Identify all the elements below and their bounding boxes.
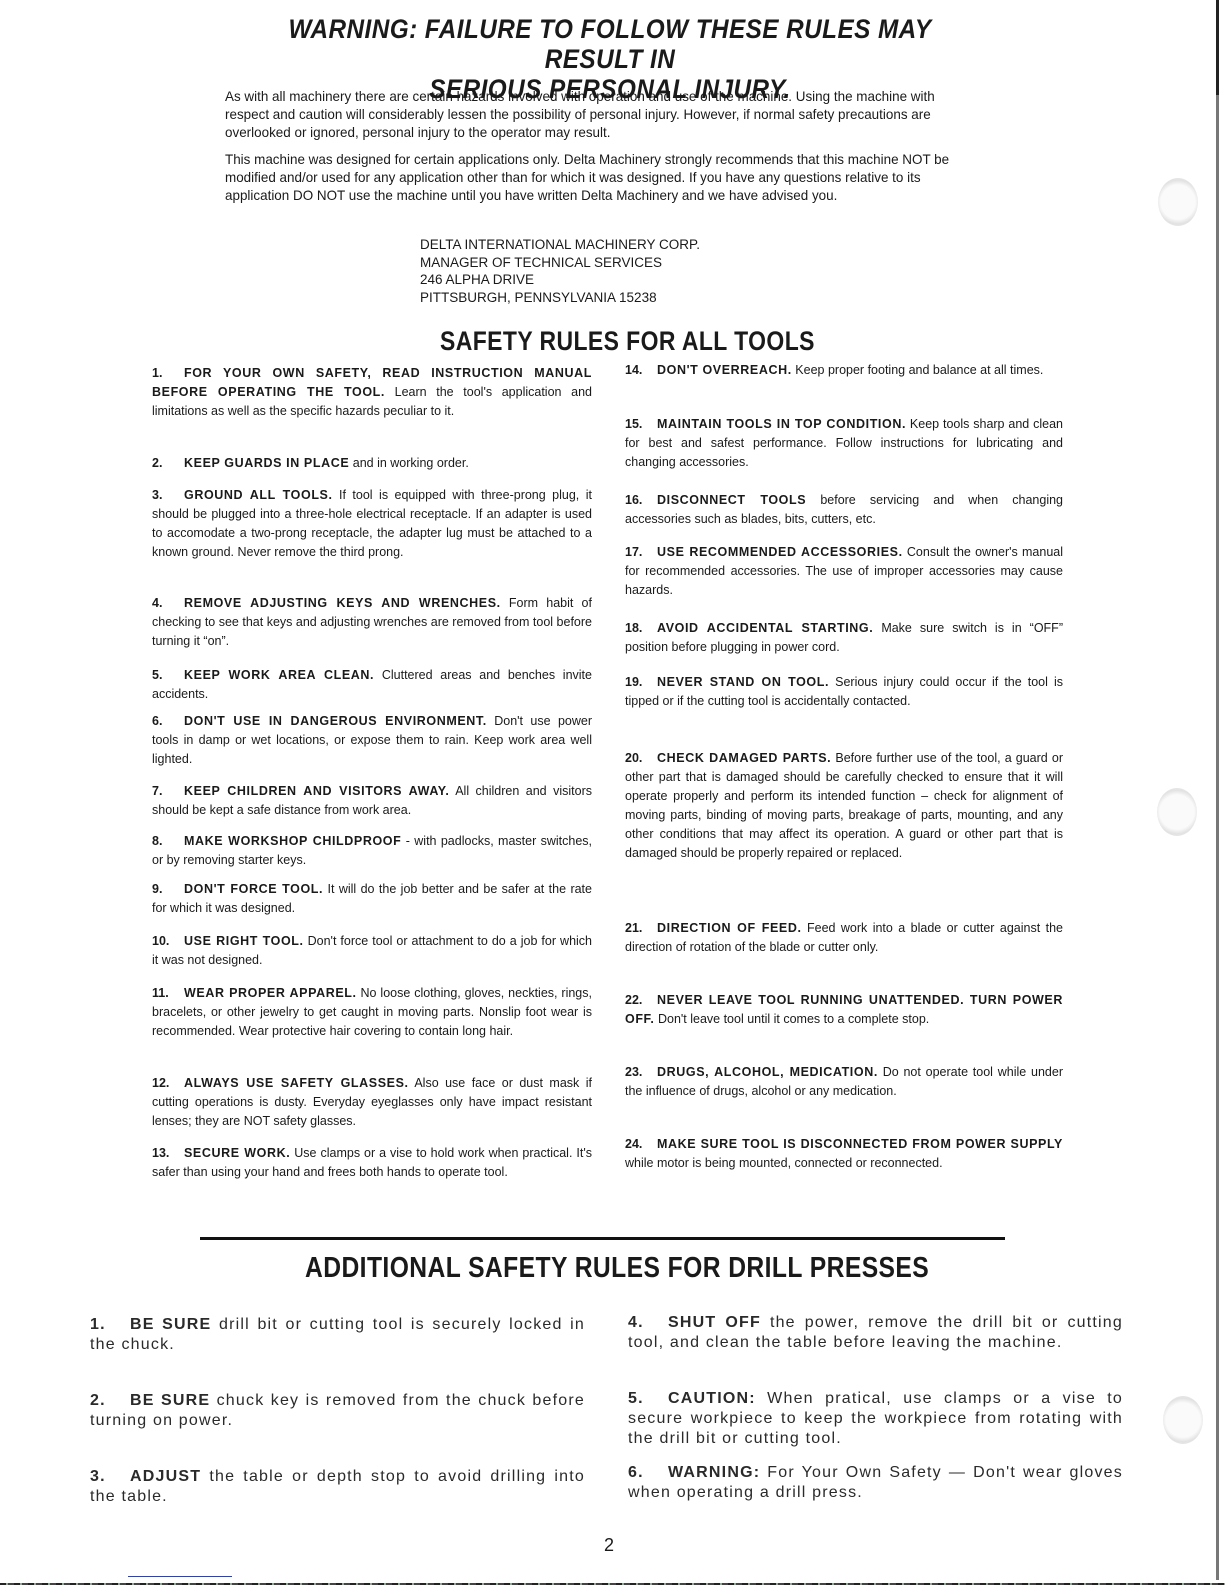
- rule-item: 4.REMOVE ADJUSTING KEYS AND WRENCHES. Fo…: [152, 594, 592, 651]
- rule-heading: GROUND ALL TOOLS.: [184, 488, 333, 502]
- rule-item: 2.BE SURE chuck key is removed from the …: [90, 1391, 585, 1431]
- rule-item: 17.USE RECOMMENDED ACCESSORIES. Consult …: [625, 543, 1063, 600]
- rule-number: 6.: [152, 712, 184, 731]
- link-underline: [128, 1576, 232, 1577]
- rule-number: 22.: [625, 991, 657, 1010]
- rule-number: 15.: [625, 415, 657, 434]
- rule-heading: MAINTAIN TOOLS IN TOP CONDITION.: [657, 417, 906, 431]
- address-line-2: MANAGER OF TECHNICAL SERVICES: [420, 254, 700, 272]
- rule-item: 13.SECURE WORK. Use clamps or a vise to …: [152, 1144, 592, 1182]
- rule-heading: REMOVE ADJUSTING KEYS AND WRENCHES.: [184, 596, 501, 610]
- rule-item: 2.KEEP GUARDS IN PLACE and in working or…: [152, 454, 592, 473]
- rule-item: 6.DON'T USE IN DANGEROUS ENVIRONMENT. Do…: [152, 712, 592, 769]
- rule-number: 7.: [152, 782, 184, 801]
- rule-number: 2.: [152, 454, 184, 473]
- rule-number: 4.: [628, 1313, 668, 1333]
- rule-heading: ALWAYS USE SAFETY GLASSES.: [184, 1076, 409, 1090]
- rule-item: 20.CHECK DAMAGED PARTS. Before further u…: [625, 749, 1063, 863]
- rule-heading: CHECK DAMAGED PARTS.: [657, 751, 831, 765]
- section-divider: [200, 1237, 1005, 1240]
- rule-heading: DRUGS, ALCOHOL, MEDICATION.: [657, 1065, 878, 1079]
- punch-hole-top: [1158, 178, 1198, 226]
- rule-body: while motor is being mounted, connected …: [625, 1156, 943, 1170]
- rule-body: Before further use of the tool, a guard …: [625, 751, 1063, 860]
- rule-item: 3.ADJUST the table or depth stop to avoi…: [90, 1467, 585, 1507]
- rule-number: 1.: [152, 364, 184, 383]
- rule-body: Don't leave tool until it comes to a com…: [658, 1012, 929, 1026]
- rule-item: 1.BE SURE drill bit or cutting tool is s…: [90, 1315, 585, 1355]
- rule-item: 15.MAINTAIN TOOLS IN TOP CONDITION. Keep…: [625, 415, 1063, 472]
- rule-item: 8.MAKE WORKSHOP CHILDPROOF - with padloc…: [152, 832, 592, 870]
- rule-number: 11.: [152, 984, 184, 1003]
- rule-number: 13.: [152, 1144, 184, 1163]
- rule-heading: SHUT OFF: [668, 1314, 761, 1331]
- rule-number: 14.: [625, 361, 657, 380]
- rule-heading: DIRECTION OF FEED.: [657, 921, 802, 935]
- rule-body: Keep proper footing and balance at all t…: [795, 363, 1043, 377]
- rule-heading: USE RIGHT TOOL.: [184, 934, 304, 948]
- address-line-1: DELTA INTERNATIONAL MACHINERY CORP.: [420, 236, 700, 254]
- rule-heading: NEVER STAND ON TOOL.: [657, 675, 829, 689]
- rule-item: 19.NEVER STAND ON TOOL. Serious injury c…: [625, 673, 1063, 711]
- rule-item: 16.DISCONNECT TOOLS before servicing and…: [625, 491, 1063, 529]
- rule-number: 8.: [152, 832, 184, 851]
- rule-heading: KEEP WORK AREA CLEAN.: [184, 668, 374, 682]
- rule-number: 2.: [90, 1391, 130, 1411]
- rule-number: 19.: [625, 673, 657, 692]
- rule-number: 3.: [90, 1467, 130, 1487]
- drill-rules-right-column: 4.SHUT OFF the power, remove the drill b…: [628, 1313, 1123, 1533]
- page-number: 2: [604, 1535, 614, 1556]
- rule-item: 5.CAUTION: When pratical, use clamps or …: [628, 1389, 1123, 1449]
- rule-heading: MAKE WORKSHOP CHILDPROOF: [184, 834, 401, 848]
- rule-body: and in working order.: [353, 456, 469, 470]
- address-line-4: PITTSBURGH, PENNSYLVANIA 15238: [420, 289, 700, 307]
- rule-number: 1.: [90, 1315, 130, 1335]
- drill-rules-left-column: 1.BE SURE drill bit or cutting tool is s…: [90, 1315, 585, 1535]
- rule-number: 18.: [625, 619, 657, 638]
- rule-number: 24.: [625, 1135, 657, 1154]
- rule-item: 5.KEEP WORK AREA CLEAN. Cluttered areas …: [152, 666, 592, 704]
- rule-heading: DISCONNECT TOOLS: [657, 493, 806, 507]
- intro-paragraph-1: As with all machinery there are certain …: [225, 87, 964, 141]
- rule-item: 4.SHUT OFF the power, remove the drill b…: [628, 1313, 1123, 1353]
- rule-number: 5.: [628, 1389, 668, 1409]
- rule-heading: DON'T FORCE TOOL.: [184, 882, 323, 896]
- rule-number: 6.: [628, 1463, 668, 1483]
- rule-heading: DON'T USE IN DANGEROUS ENVIRONMENT.: [184, 714, 487, 728]
- punch-hole-middle: [1157, 788, 1197, 836]
- rule-heading: CAUTION:: [668, 1390, 756, 1407]
- rule-item: 14.DON'T OVERREACH. Keep proper footing …: [625, 361, 1063, 380]
- page-edge: [1216, 0, 1219, 1580]
- rule-item: 3.GROUND ALL TOOLS. If tool is equipped …: [152, 486, 592, 562]
- intro-block-2: This machine was designed for certain ap…: [225, 150, 964, 204]
- rule-number: 16.: [625, 491, 657, 510]
- rule-heading: MAKE SURE TOOL IS DISCONNECTED FROM POWE…: [657, 1137, 1063, 1151]
- rule-heading: USE RECOMMENDED ACCESSORIES.: [657, 545, 903, 559]
- rule-number: 10.: [152, 932, 184, 951]
- rule-number: 3.: [152, 486, 184, 505]
- rule-item: 18.AVOID ACCIDENTAL STARTING. Make sure …: [625, 619, 1063, 657]
- rule-number: 23.: [625, 1063, 657, 1082]
- rule-heading: AVOID ACCIDENTAL STARTING.: [657, 621, 873, 635]
- rule-heading: KEEP GUARDS IN PLACE: [184, 456, 349, 470]
- rule-item: 22.NEVER LEAVE TOOL RUNNING UNATTENDED. …: [625, 991, 1063, 1029]
- rule-item: 21.DIRECTION OF FEED. Feed work into a b…: [625, 919, 1063, 957]
- warning-heading-line1: WARNING: FAILURE TO FOLLOW THESE RULES M…: [259, 14, 961, 74]
- rule-item: 10.USE RIGHT TOOL. Don't force tool or a…: [152, 932, 592, 970]
- rule-number: 5.: [152, 666, 184, 685]
- rule-heading: DON'T OVERREACH.: [657, 363, 792, 377]
- rule-number: 20.: [625, 749, 657, 768]
- rule-item: 1.FOR YOUR OWN SAFETY, READ INSTRUCTION …: [152, 364, 592, 421]
- drill-rules-heading: ADDITIONAL SAFETY RULES FOR DRILL PRESSE…: [305, 1252, 929, 1285]
- rule-heading: KEEP CHILDREN AND VISITORS AWAY.: [184, 784, 449, 798]
- intro-block: As with all machinery there are certain …: [225, 87, 964, 141]
- rule-heading: BE SURE: [130, 1316, 211, 1333]
- rule-item: 9.DON'T FORCE TOOL. It will do the job b…: [152, 880, 592, 918]
- safety-rules-heading: SAFETY RULES FOR ALL TOOLS: [440, 326, 815, 357]
- rule-item: 6.WARNING: For Your Own Safety — Don't w…: [628, 1463, 1123, 1503]
- address-block: DELTA INTERNATIONAL MACHINERY CORP. MANA…: [420, 236, 700, 306]
- rule-item: 12.ALWAYS USE SAFETY GLASSES. Also use f…: [152, 1074, 592, 1131]
- punch-hole-bottom: [1163, 1396, 1203, 1444]
- rule-item: 7.KEEP CHILDREN AND VISITORS AWAY. All c…: [152, 782, 592, 820]
- safety-rules-right-column: 14.DON'T OVERREACH. Keep proper footing …: [625, 361, 1063, 1221]
- rule-number: 4.: [152, 594, 184, 613]
- rule-heading: WEAR PROPER APPAREL.: [184, 986, 357, 1000]
- rule-heading: ADJUST: [130, 1468, 201, 1485]
- rule-number: 9.: [152, 880, 184, 899]
- rule-number: 17.: [625, 543, 657, 562]
- address-line-3: 246 ALPHA DRIVE: [420, 271, 700, 289]
- intro-paragraph-2: This machine was designed for certain ap…: [225, 150, 964, 204]
- rule-number: 21.: [625, 919, 657, 938]
- rule-number: 12.: [152, 1074, 184, 1093]
- rule-item: 11.WEAR PROPER APPAREL. No loose clothin…: [152, 984, 592, 1041]
- rule-heading: SECURE WORK.: [184, 1146, 290, 1160]
- rule-item: 23.DRUGS, ALCOHOL, MEDICATION. Do not op…: [625, 1063, 1063, 1101]
- rule-heading: WARNING:: [668, 1464, 760, 1481]
- rule-item: 24.MAKE SURE TOOL IS DISCONNECTED FROM P…: [625, 1135, 1063, 1173]
- rule-heading: BE SURE: [130, 1392, 210, 1409]
- safety-rules-left-column: 1.FOR YOUR OWN SAFETY, READ INSTRUCTION …: [152, 364, 592, 1224]
